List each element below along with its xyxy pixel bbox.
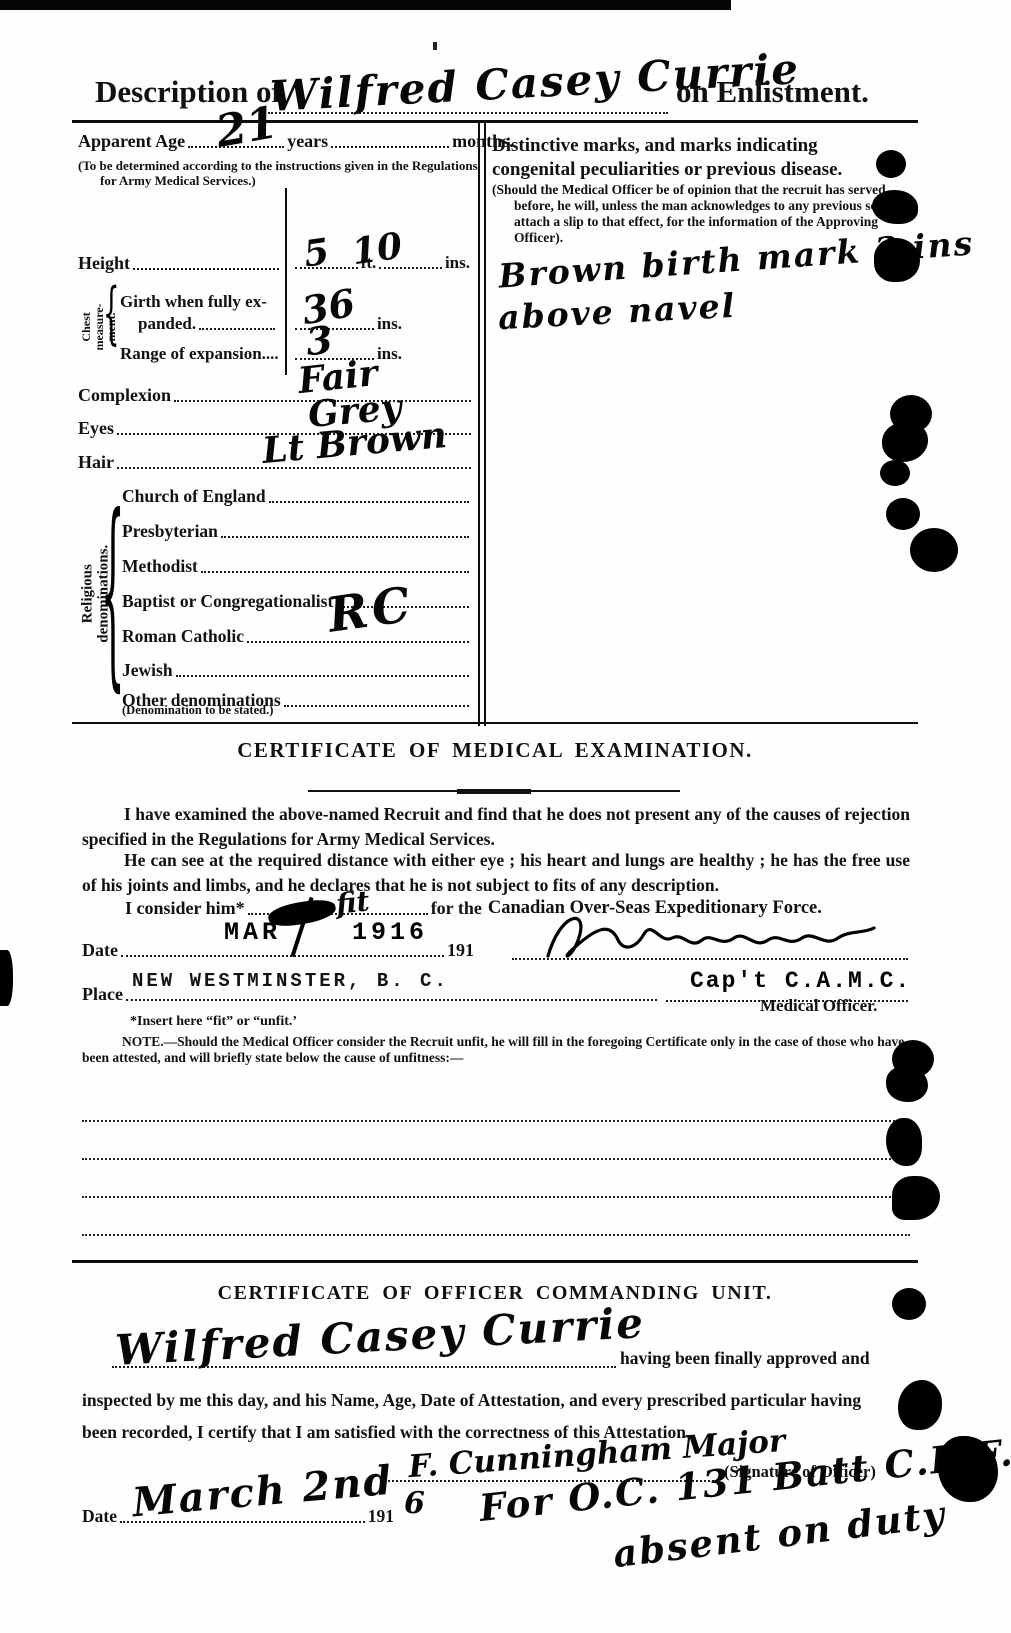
date-year-print: 191	[447, 940, 474, 961]
form-top-rule	[72, 120, 918, 123]
height-label: Height	[78, 253, 130, 274]
ink-blot	[874, 238, 920, 282]
girth-label-line2: panded.	[138, 314, 196, 334]
dotted-leader	[133, 266, 279, 270]
ink-blot	[876, 150, 906, 178]
column-divider-line-1	[478, 120, 480, 726]
medical-date-row: Date 191	[82, 940, 474, 961]
denomination-jewish: Jewish	[122, 660, 173, 681]
consider-suffix-plain: for the	[431, 898, 482, 919]
heading-divider	[308, 790, 680, 794]
commanding-name-handwritten: Wilfred Casey Currie	[114, 1298, 646, 1375]
denomination-baptist-congregationalist: Baptist or Congregationalist	[122, 591, 333, 612]
approval-line2: inspected by me this day, and his Name, …	[82, 1388, 912, 1413]
girth-label-line2-row: panded.	[138, 314, 278, 334]
ink-blot	[892, 1288, 926, 1320]
denomination-roman-catholic: Roman Catholic	[122, 626, 244, 647]
denomination-row: Jewish	[122, 660, 472, 681]
distinctive-marks-heading: Distinctive marks, and marks indicating …	[492, 134, 898, 182]
distinctive-marks-value-line2: above navel	[497, 286, 737, 337]
denomination-row: Roman Catholic	[122, 626, 472, 647]
medical-certificate-heading: CERTIFICATE OF MEDICAL EXAMINATION.	[72, 738, 918, 763]
dotted-leader	[126, 997, 657, 1001]
denomination-row: Methodist	[122, 556, 472, 577]
expansion-unit-label: ins.	[377, 344, 402, 364]
section-rule	[72, 1260, 918, 1263]
date-label: Date	[82, 1506, 117, 1527]
religion-label-line1: Religious	[80, 516, 96, 672]
eyes-label: Eyes	[78, 418, 114, 439]
scan-speck	[433, 42, 437, 50]
blank-line	[82, 1156, 910, 1160]
girth-label-line1: Girth when fully ex-	[120, 292, 267, 312]
height-ins-value-handwritten: 10	[349, 225, 404, 274]
denomination-other-note: (Denomination to be stated.)	[122, 703, 273, 718]
ins-unit-label: ins.	[445, 253, 470, 273]
dotted-leader	[121, 953, 444, 957]
complexion-row: Complexion	[78, 385, 474, 406]
religion-value-handwritten: RC	[325, 576, 418, 643]
hair-label: Hair	[78, 452, 114, 473]
expansion-label: Range of expansion....	[120, 344, 279, 364]
date-year-print: 191	[368, 1506, 394, 1527]
ink-blot	[886, 1066, 928, 1102]
dotted-leader	[176, 673, 469, 677]
unfitness-note: NOTE.—Should the Medical Officer conside…	[82, 1034, 910, 1066]
left-column-inner-line	[285, 188, 287, 375]
ink-blot	[886, 498, 920, 530]
height-ft-value-handwritten: 5	[301, 230, 332, 275]
medical-paragraph-1: I have examined the above-named Recruit …	[82, 802, 910, 853]
dotted-leader	[201, 569, 469, 573]
page-title-suffix: on Enlistment.	[676, 74, 869, 110]
form-bottom-rule	[72, 722, 918, 724]
girth-unit-label: ins.	[377, 314, 402, 334]
dotted-leader	[269, 499, 469, 503]
officer-rank-stamp: Cap't C.A.M.C.	[690, 968, 911, 994]
commanding-certificate-heading: CERTIFICATE OF OFFICER COMMANDING UNIT.	[72, 1282, 918, 1305]
consider-label: I consider him*	[125, 898, 245, 919]
date-label: Date	[82, 940, 118, 961]
height-label-row: Height	[78, 253, 282, 274]
denomination-church-of-england: Church of England	[122, 486, 266, 507]
years-label: years	[287, 131, 328, 152]
approval-line1: having been finally approved and	[620, 1348, 870, 1369]
denomination-row: Church of England	[122, 486, 472, 507]
approval-line3: been recorded, I certify that I am satis…	[82, 1420, 912, 1445]
dotted-leader	[331, 144, 449, 148]
denomination-row: Presbyterian	[122, 521, 472, 542]
scan-edge-top-bar	[0, 0, 731, 10]
ink-blot	[872, 190, 918, 224]
chest-group-brace: {	[103, 281, 120, 349]
consider-value-handwritten: fit	[334, 884, 371, 920]
chest-label-line1: Chest	[80, 288, 93, 366]
dotted-leader	[199, 326, 275, 330]
denomination-presbyterian: Presbyterian	[122, 521, 218, 542]
blank-line	[82, 1118, 910, 1122]
insert-fit-note: *Insert here “fit” or “unfit.’	[130, 1014, 297, 1030]
medical-officer-title: Medical Officer.	[760, 996, 877, 1016]
apparent-age-note: (To be determined according to the instr…	[78, 158, 488, 189]
commanding-date-year-handwritten: 6	[404, 1486, 425, 1521]
dotted-leader	[284, 703, 469, 707]
complexion-label: Complexion	[78, 385, 171, 406]
medical-paragraph-2: He can see at the required distance with…	[82, 848, 910, 899]
ink-blot	[898, 1380, 942, 1430]
blank-line	[82, 1232, 910, 1236]
denomination-methodist: Methodist	[122, 556, 198, 577]
blank-line	[82, 1194, 910, 1198]
ink-blot	[910, 528, 958, 572]
ink-blot	[892, 1176, 940, 1220]
ink-blot	[886, 1118, 922, 1166]
place-label: Place	[82, 984, 123, 1005]
apparent-age-label: Apparent Age	[78, 131, 185, 152]
expansion-row: Range of expansion....	[120, 344, 282, 364]
dotted-leader	[221, 534, 469, 538]
apparent-age-value-handwritten: 21	[212, 97, 281, 158]
column-divider-line-2	[484, 120, 486, 726]
medical-officer-signature	[540, 904, 880, 964]
scan-edge-mark	[0, 950, 13, 1006]
ink-blot	[882, 422, 928, 462]
ink-blot	[880, 460, 910, 486]
denomination-row: Baptist or Congregationalist	[122, 591, 472, 612]
attestation-paper-scan: Description of Wilfred Casey Currie on E…	[0, 0, 1011, 1633]
place-stamp: NEW WESTMINSTER, B. C.	[132, 970, 449, 992]
